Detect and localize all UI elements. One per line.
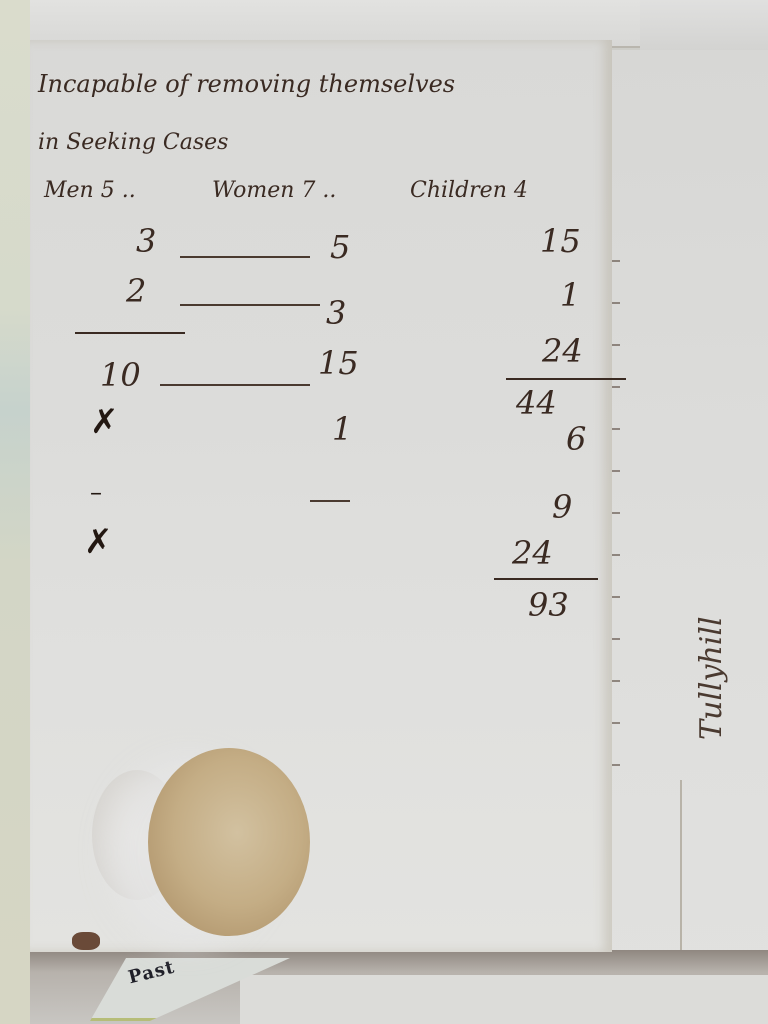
background-left-edge [0, 0, 30, 1024]
row-2-children: 1 [560, 276, 580, 314]
row-2-women: 3 [326, 294, 346, 332]
row-1-children: 15 [540, 222, 581, 260]
row-3-dash [160, 384, 310, 386]
row-6-children: 24 [512, 534, 553, 572]
edge-ink-marks [612, 220, 620, 780]
wax-seal [148, 748, 310, 936]
row-5-marker: – [90, 478, 102, 506]
ink-stain [72, 932, 100, 950]
row-3-children: 24 [542, 332, 583, 370]
folded-back-sheet-right [640, 0, 768, 56]
row-2-men: 2 [126, 272, 146, 310]
grand-total-rule [494, 578, 598, 580]
row-1-women: 5 [330, 228, 350, 266]
row-1-dash [180, 256, 310, 258]
row-4-children: 6 [566, 420, 586, 458]
children-subtotal-rule [506, 378, 626, 380]
column-women: Women 7 .. [212, 178, 336, 203]
heading-line-2: in Seeking Cases [38, 130, 228, 155]
row-4-marker: ✗ [90, 402, 119, 442]
row-3-women: 15 [318, 344, 359, 382]
letter-right-fold-panel [612, 50, 768, 985]
row-4-women: 1 [332, 410, 352, 448]
children-subtotal: 44 [516, 384, 557, 422]
row-5-children: 9 [552, 488, 572, 526]
row-2-dash [180, 304, 320, 306]
row-1-men: 3 [136, 222, 156, 260]
grand-total: 93 [528, 586, 569, 624]
heading-line-1: Incapable of removing themselves [38, 70, 455, 98]
column-children: Children 4 [410, 178, 528, 203]
side-note-vertical: Tullyhill [694, 616, 729, 740]
row-5-dash [310, 500, 350, 502]
men-subtotal-rule [75, 332, 185, 334]
column-men: Men 5 .. [44, 178, 136, 203]
row-3-men: 10 [100, 356, 141, 394]
row-6-marker: ✗ [84, 522, 113, 562]
underlying-paper [240, 975, 768, 1024]
